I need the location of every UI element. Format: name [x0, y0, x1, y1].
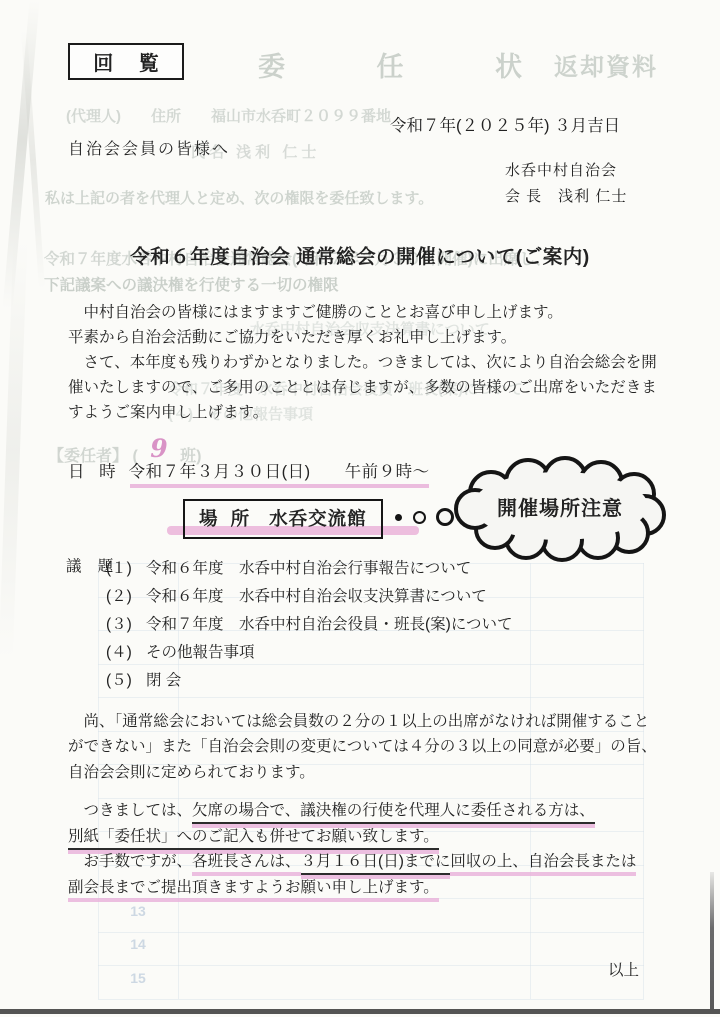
recipient-line: 自治会会員の皆様へ	[68, 136, 230, 159]
body-paragraph-line: すようご案内申し上げます。	[68, 402, 268, 423]
agenda-item: (５)閉 会	[106, 668, 181, 690]
place-box: 場 所水呑交流館	[183, 499, 383, 539]
agenda-item-text: 令和６年度 水呑中村自治会行事報告について	[146, 560, 471, 577]
scan-crease-mark	[0, 240, 27, 660]
callout-dot-icon	[413, 511, 426, 524]
ghost-form-title: 委 任 状	[258, 45, 564, 84]
pink-highlight-text: 各班長さんは、	[192, 851, 301, 872]
agenda-item-text: 閉 会	[146, 672, 181, 689]
sender-name: 会 長 浅利 仁士	[505, 185, 627, 206]
body-paragraph-line: 中村自治会の皆様にはますますご健勝のこととお喜び申し上げます。	[68, 302, 563, 323]
agenda-item-number: (１)	[106, 556, 146, 578]
circulation-stamp: 回 覧	[68, 43, 184, 80]
pink-highlight-text: 回収の上、自治会長または	[450, 851, 636, 872]
ghost-row-number: 13	[98, 903, 178, 919]
underlined-highlight-text: 欠席の場合で、議決権の行使を代理人に委任される方は、	[192, 800, 595, 824]
collection-deadline-line: 副会長までご提出頂きますようお願い申し上げます。	[68, 877, 439, 898]
quorum-paragraph-line: ができない」また「自治会会則の変更については４分の３以上の同意が必要」の旨、	[68, 736, 657, 757]
underlined-highlight-text: 別紙「委任状」へのご記入も併せてお願い致します。	[68, 826, 439, 850]
ghost-row-number: 15	[98, 970, 178, 986]
plain-text: つきましては、	[68, 802, 192, 819]
datetime-line: 日 時令和７年３月３０日(日) 午前９時〜	[68, 462, 430, 484]
ghost-delegate-line: 私は上記の者を代理人と定め、次の権限を委任致します。	[45, 187, 433, 208]
agenda-item-number: (４)	[106, 640, 146, 662]
scan-bottom-edge	[0, 1009, 720, 1014]
agenda-item-number: (３)	[106, 612, 146, 634]
agenda-item: (３)令和７年度 水呑中村自治会役員・班長(案)について	[106, 612, 513, 634]
closing-word: 以上	[608, 960, 639, 981]
body-paragraph-line: さて、本年度も残りわずかとなりました。つきましては、次により自治会総会を開	[68, 352, 657, 373]
issue-date: 令和７年(２０２５年) ３月吉日	[390, 112, 620, 136]
proxy-request-line: つきましては、欠席の場合で、議決権の行使を代理人に委任される方は、	[68, 800, 595, 824]
datetime-value: 令和７年３月３０日(日) 午前９時〜	[129, 462, 430, 484]
scanned-notice-page: 委 任 状 返却資料 (代理人) 住所 福山市水呑町２０９９番地 氏名 浅利 仁…	[0, 0, 720, 1017]
collection-deadline-line: お手数ですが、各班長さんは、３月１６日(日)までに回収の上、自治会長または	[68, 851, 636, 875]
agenda-item-number: (２)	[106, 584, 146, 606]
handwritten-han-number: 9	[150, 434, 167, 463]
document-title: 令和６年度自治会 通常総会の開催について(ご案内)	[0, 241, 720, 269]
body-paragraph-line: 平素から自治会活動にご協力をいただき厚くお礼申し上げます。	[68, 327, 516, 348]
agenda-item-text: 令和６年度 水呑中村自治会収支決算書について	[146, 588, 487, 605]
datetime-label: 日 時	[68, 463, 121, 481]
place-label: 場 所	[199, 508, 253, 529]
underlined-highlight-text: ３月１６日(日)までに	[301, 851, 451, 875]
agenda-item-text: その他報告事項	[146, 644, 255, 661]
proxy-request-line: 別紙「委任状」へのご記入も併せてお願い致します。	[68, 826, 439, 850]
quorum-paragraph-line: 自治会会則に定められております。	[68, 762, 315, 783]
plain-text: お手数ですが、	[68, 853, 192, 870]
agenda-item-text: 令和７年度 水呑中村自治会役員・班長(案)について	[146, 616, 513, 633]
agenda-item-number: (５)	[106, 668, 146, 690]
ghost-agent-line: (代理人) 住所 福山市水呑町２０９９番地	[66, 105, 391, 126]
ghost-row-number: 14	[98, 936, 178, 952]
agenda-item: (１)令和６年度 水呑中村自治会行事報告について	[106, 556, 471, 578]
ghost-rights-line: 下記議案への議決権を行使する一切の権限	[44, 273, 339, 295]
callout-text: 開催場所注意	[452, 456, 668, 556]
body-paragraph-line: 催いたしますので、ご多用のこととは存じますが、多数の皆様のご出席をいただきま	[68, 377, 657, 398]
pink-highlight-text: 副会長までご提出頂きますようお願い申し上げます。	[68, 877, 439, 898]
cloud-callout: 開催場所注意	[452, 456, 668, 560]
sender-organization: 水呑中村自治会	[505, 159, 617, 180]
scan-right-edge	[710, 872, 714, 1012]
agenda-item: (４)その他報告事項	[106, 640, 255, 662]
place-value: 水呑交流館	[269, 508, 367, 529]
agenda-item: (２)令和６年度 水呑中村自治会収支決算書について	[106, 584, 487, 606]
circulation-stamp-label: 回 覧	[83, 47, 169, 76]
callout-dot-icon	[395, 514, 402, 521]
ghost-return-note: 返却資料	[554, 47, 658, 82]
quorum-paragraph-line: 尚、「通常総会においては総会員数の２分の１以上の出席がなければ開催すること	[68, 711, 649, 732]
